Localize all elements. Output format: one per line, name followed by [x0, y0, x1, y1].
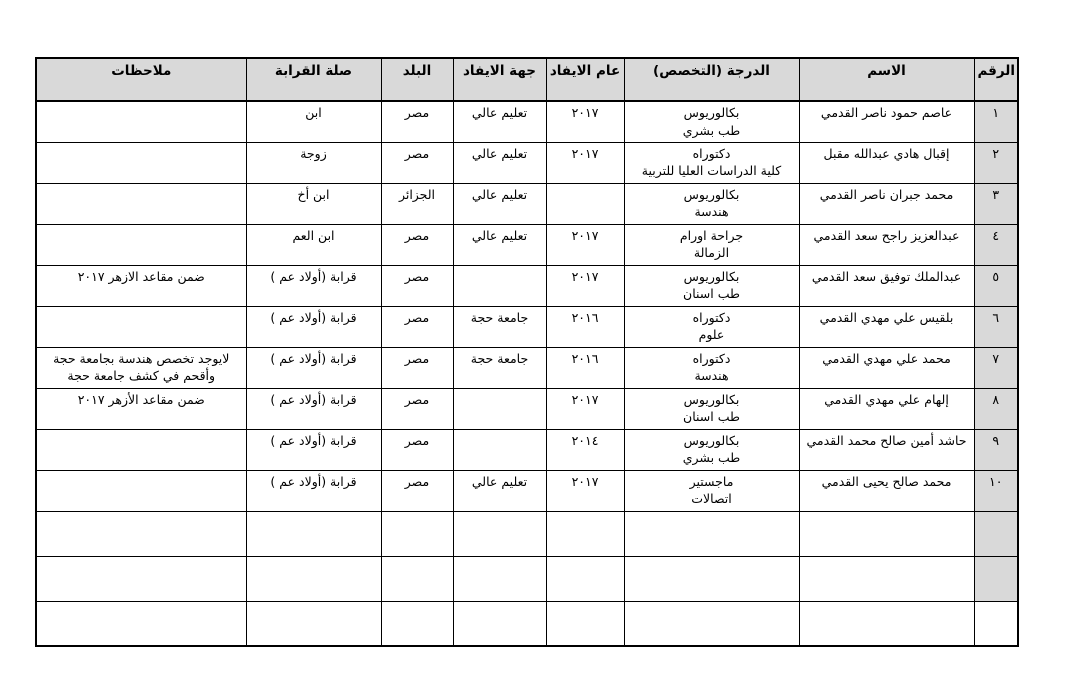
cell-name: حاشد أمين صالح محمد القدمي — [799, 429, 974, 470]
cell-year: ٢٠١٧ — [546, 101, 624, 142]
cell-year: ٢٠١٧ — [546, 470, 624, 511]
cell-country: مصر — [381, 265, 453, 306]
empty-cell-name — [799, 601, 974, 646]
empty-cell-country — [381, 511, 453, 556]
cell-kinship: قرابة (أولاد عم ) — [246, 388, 381, 429]
empty-table-row — [36, 511, 1018, 556]
cell-name: محمد جبران ناصر القدمي — [799, 183, 974, 224]
empty-cell-year — [546, 601, 624, 646]
col-header-country: البلد — [381, 58, 453, 101]
table-row: ٨إلهام علي مهدي القدميبكالوريوس طب اسنان… — [36, 388, 1018, 429]
empty-cell-country — [381, 556, 453, 601]
col-header-authority: جهة الايفاد — [453, 58, 546, 101]
cell-num: ٣ — [974, 183, 1018, 224]
cell-authority — [453, 388, 546, 429]
cell-notes — [36, 183, 246, 224]
cell-country: مصر — [381, 429, 453, 470]
cell-num: ٢ — [974, 142, 1018, 183]
cell-kinship: ابن أخ — [246, 183, 381, 224]
cell-kinship: قرابة (أولاد عم ) — [246, 347, 381, 388]
cell-notes: لايوجد تخصص هندسة بجامعة حجة وأقحم في كش… — [36, 347, 246, 388]
cell-num: ٧ — [974, 347, 1018, 388]
cell-authority: تعليم عالي — [453, 183, 546, 224]
cell-num: ٤ — [974, 224, 1018, 265]
cell-kinship: قرابة (أولاد عم ) — [246, 306, 381, 347]
cell-degree: بكالوريوس طب اسنان — [624, 265, 799, 306]
cell-country: مصر — [381, 101, 453, 142]
cell-authority: تعليم عالي — [453, 224, 546, 265]
cell-authority: تعليم عالي — [453, 101, 546, 142]
cell-authority: جامعة حجة — [453, 306, 546, 347]
cell-year: ٢٠١٦ — [546, 347, 624, 388]
cell-num: ٦ — [974, 306, 1018, 347]
cell-num: ١٠ — [974, 470, 1018, 511]
cell-country: مصر — [381, 347, 453, 388]
col-header-kinship: صلة القرابة — [246, 58, 381, 101]
cell-year — [546, 183, 624, 224]
empty-cell-authority — [453, 511, 546, 556]
records-table: الرقم الاسم الدرجة (التخصص) عام الايفاد … — [35, 57, 1019, 647]
table-row: ١٠محمد صالح يحيى القدميماجستير اتصالات٢٠… — [36, 470, 1018, 511]
cell-num: ١ — [974, 101, 1018, 142]
empty-cell-name — [799, 511, 974, 556]
col-header-year: عام الايفاد — [546, 58, 624, 101]
table-row: ٢إقبال هادي عبدالله مقبلدكتوراه كلية الد… — [36, 142, 1018, 183]
empty-cell-year — [546, 556, 624, 601]
cell-kinship: قرابة (أولاد عم ) — [246, 265, 381, 306]
cell-name: عبدالملك توفيق سعد القدمي — [799, 265, 974, 306]
cell-name: إلهام علي مهدي القدمي — [799, 388, 974, 429]
empty-cell-degree — [624, 601, 799, 646]
cell-notes — [36, 470, 246, 511]
cell-notes — [36, 306, 246, 347]
cell-degree: بكالوريوس طب بشري — [624, 429, 799, 470]
table-row: ٩حاشد أمين صالح محمد القدميبكالوريوس طب … — [36, 429, 1018, 470]
table-row: ١عاصم حمود ناصر القدميبكالوريوس طب بشري٢… — [36, 101, 1018, 142]
empty-cell-num — [974, 556, 1018, 601]
table-row: ٧محمد علي مهدي القدميدكتوراه هندسة٢٠١٦جا… — [36, 347, 1018, 388]
records-table-container: الرقم الاسم الدرجة (التخصص) عام الايفاد … — [35, 57, 1019, 647]
col-header-notes: ملاحظات — [36, 58, 246, 101]
cell-notes — [36, 142, 246, 183]
cell-notes — [36, 101, 246, 142]
cell-country: الجزائر — [381, 183, 453, 224]
cell-country: مصر — [381, 306, 453, 347]
table-body: ١عاصم حمود ناصر القدميبكالوريوس طب بشري٢… — [36, 101, 1018, 646]
cell-num: ٥ — [974, 265, 1018, 306]
empty-cell-degree — [624, 556, 799, 601]
empty-cell-num — [974, 601, 1018, 646]
cell-notes: ضمن مقاعد الأزهر ٢٠١٧ — [36, 388, 246, 429]
empty-cell-notes — [36, 511, 246, 556]
cell-country: مصر — [381, 388, 453, 429]
cell-country: مصر — [381, 224, 453, 265]
cell-notes: ضمن مقاعد الازهر ٢٠١٧ — [36, 265, 246, 306]
cell-kinship: زوجة — [246, 142, 381, 183]
empty-cell-country — [381, 601, 453, 646]
cell-authority — [453, 429, 546, 470]
cell-degree: بكالوريوس هندسة — [624, 183, 799, 224]
cell-year: ٢٠١٧ — [546, 388, 624, 429]
cell-year: ٢٠١٧ — [546, 224, 624, 265]
empty-cell-authority — [453, 556, 546, 601]
empty-cell-kinship — [246, 601, 381, 646]
cell-degree: بكالوريوس طب اسنان — [624, 388, 799, 429]
empty-cell-kinship — [246, 556, 381, 601]
col-header-num: الرقم — [974, 58, 1018, 101]
cell-name: بلقيس علي مهدي القدمي — [799, 306, 974, 347]
cell-notes — [36, 429, 246, 470]
empty-cell-degree — [624, 511, 799, 556]
cell-num: ٨ — [974, 388, 1018, 429]
cell-authority — [453, 265, 546, 306]
cell-name: إقبال هادي عبدالله مقبل — [799, 142, 974, 183]
col-header-degree: الدرجة (التخصص) — [624, 58, 799, 101]
cell-degree: جراحة اورام الزمالة — [624, 224, 799, 265]
cell-degree: دكتوراه هندسة — [624, 347, 799, 388]
cell-kinship: قرابة (أولاد عم ) — [246, 470, 381, 511]
table-header-row: الرقم الاسم الدرجة (التخصص) عام الايفاد … — [36, 58, 1018, 101]
cell-num: ٩ — [974, 429, 1018, 470]
empty-cell-num — [974, 511, 1018, 556]
document-page: الرقم الاسم الدرجة (التخصص) عام الايفاد … — [0, 0, 1068, 686]
empty-table-row — [36, 556, 1018, 601]
empty-cell-name — [799, 556, 974, 601]
table-row: ٣محمد جبران ناصر القدميبكالوريوس هندسةتع… — [36, 183, 1018, 224]
cell-degree: دكتوراه علوم — [624, 306, 799, 347]
empty-cell-authority — [453, 601, 546, 646]
cell-name: محمد علي مهدي القدمي — [799, 347, 974, 388]
cell-name: محمد صالح يحيى القدمي — [799, 470, 974, 511]
cell-country: مصر — [381, 470, 453, 511]
table-row: ٦بلقيس علي مهدي القدميدكتوراه علوم٢٠١٦جا… — [36, 306, 1018, 347]
cell-authority: تعليم عالي — [453, 470, 546, 511]
table-row: ٤عبدالعزيز راجح سعد القدميجراحة اورام ال… — [36, 224, 1018, 265]
empty-cell-kinship — [246, 511, 381, 556]
cell-degree: بكالوريوس طب بشري — [624, 101, 799, 142]
empty-table-row — [36, 601, 1018, 646]
col-header-name: الاسم — [799, 58, 974, 101]
cell-kinship: ابن العم — [246, 224, 381, 265]
empty-cell-notes — [36, 556, 246, 601]
cell-degree: ماجستير اتصالات — [624, 470, 799, 511]
cell-year: ٢٠١٦ — [546, 306, 624, 347]
cell-authority: جامعة حجة — [453, 347, 546, 388]
cell-kinship: قرابة (أولاد عم ) — [246, 429, 381, 470]
cell-kinship: ابن — [246, 101, 381, 142]
empty-cell-year — [546, 511, 624, 556]
cell-authority: تعليم عالي — [453, 142, 546, 183]
cell-notes — [36, 224, 246, 265]
table-row: ٥عبدالملك توفيق سعد القدميبكالوريوس طب ا… — [36, 265, 1018, 306]
cell-name: عبدالعزيز راجح سعد القدمي — [799, 224, 974, 265]
cell-year: ٢٠١٤ — [546, 429, 624, 470]
cell-degree: دكتوراه كلية الدراسات العليا للتربية — [624, 142, 799, 183]
cell-name: عاصم حمود ناصر القدمي — [799, 101, 974, 142]
empty-cell-notes — [36, 601, 246, 646]
cell-year: ٢٠١٧ — [546, 142, 624, 183]
cell-country: مصر — [381, 142, 453, 183]
cell-year: ٢٠١٧ — [546, 265, 624, 306]
